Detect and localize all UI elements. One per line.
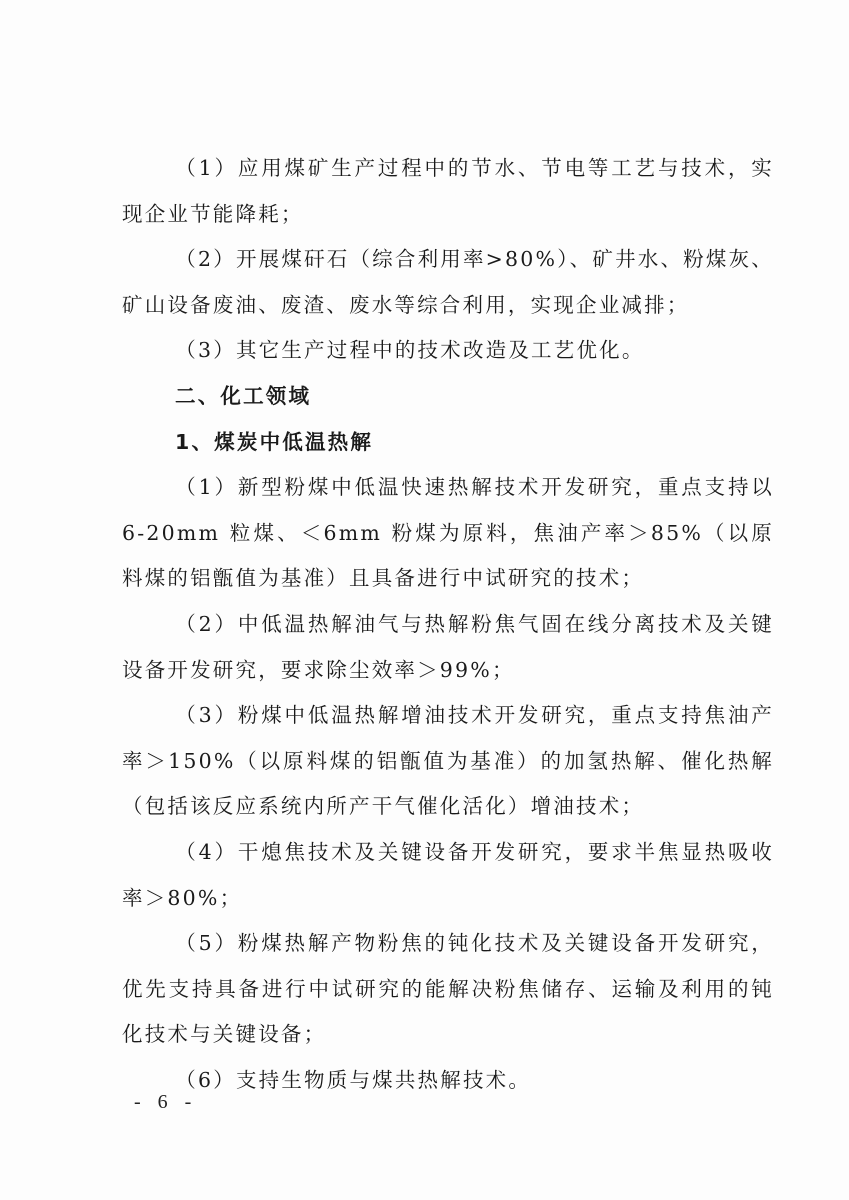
paragraph-item-3: （3）其它生产过程中的技术改造及工艺优化。 [122,328,774,374]
document-page: （1）应用煤矿生产过程中的节水、节电等工艺与技术，实现企业节能降耗； （2）开展… [0,0,849,1200]
paragraph-item-3: （3）粉煤中低温热解增油技术开发研究，重点支持焦油产率＞150%（以原料煤的铝甑… [122,693,774,830]
paragraph-item-1: （1）应用煤矿生产过程中的节水、节电等工艺与技术，实现企业节能降耗； [122,146,774,237]
document-body: （1）应用煤矿生产过程中的节水、节电等工艺与技术，实现企业节能降耗； （2）开展… [122,146,774,1103]
paragraph-item-5: （5）粉煤热解产物粉焦的钝化技术及关键设备开发研究，优先支持具备进行中试研究的能… [122,921,774,1058]
section-heading: 二、化工领域 [122,374,774,420]
paragraph-item-4: （4）干熄焦技术及关键设备开发研究，要求半焦显热吸收率＞80%； [122,830,774,921]
paragraph-item-2: （2）开展煤矸石（综合利用率>80%）、矿井水、粉煤灰、矿山设备废油、废渣、废水… [122,237,774,328]
paragraph-item-2: （2）中低温热解油气与热解粉焦气固在线分离技术及关键设备开发研究，要求除尘效率＞… [122,602,774,693]
subsection-heading: 1、煤炭中低温热解 [122,420,774,466]
paragraph-item-6: （6）支持生物质与煤共热解技术。 [122,1058,774,1104]
page-number: - 6 - [134,1091,197,1114]
paragraph-item-1: （1）新型粉煤中低温快速热解技术开发研究，重点支持以6-20mm 粒煤、＜6mm… [122,465,774,602]
